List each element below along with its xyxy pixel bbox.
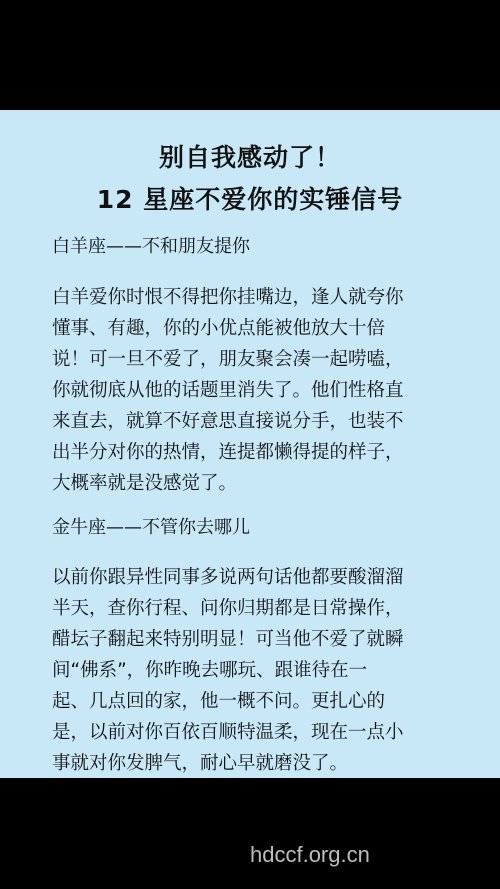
section-body-taurus: 以前你跟异性同事多说两句话他都要酸溜溜 半天，查你行程、问你归期都是日常操作， …	[52, 562, 452, 779]
section-body-aries: 白羊爱你时恨不得把你挂嘴边，逢人就夸你 懂事、有趣，你的小优点能被他放大十倍 说…	[52, 282, 452, 499]
body-line: 大概率就是没感觉了。	[52, 468, 452, 499]
body-line: 以前你跟异性同事多说两句话他都要酸溜溜	[52, 562, 452, 593]
body-line: 懂事、有趣，你的小优点能被他放大十倍	[52, 313, 452, 344]
watermark: hdccf.org.cn	[250, 842, 370, 868]
body-line: 醋坛子翻起来特别明显！可当他不爱了就瞬	[52, 624, 452, 655]
body-line: 你就彻底从他的话题里消失了。他们性格直	[52, 375, 452, 406]
body-line: 来直去，就算不好意思直接说分手，也装不	[52, 406, 452, 437]
body-line: 起、几点回的家，他一概不问。更扎心的	[52, 686, 452, 717]
body-line: 是，以前对你百依百顺特温柔，现在一点小	[52, 717, 452, 748]
body-line: 事就对你发脾气，耐心早就磨没了。	[52, 748, 452, 779]
section-heading-aries: 白羊座——不和朋友提你	[52, 232, 250, 258]
body-line: 半天，查你行程、问你归期都是日常操作，	[52, 593, 452, 624]
top-black-bar	[0, 0, 500, 110]
page-title-line-1: 别自我感动了！	[0, 138, 500, 174]
page-title-line-2: 12 星座不爱你的实锤信号	[0, 180, 500, 216]
body-line: 说！可一旦不爱了，朋友聚会凑一起唠嗑，	[52, 344, 452, 375]
body-line: 白羊爱你时恨不得把你挂嘴边，逢人就夸你	[52, 282, 452, 313]
section-heading-taurus: 金牛座——不管你去哪儿	[52, 513, 250, 539]
body-line: 间“佛系”，你昨晚去哪玩、跟谁待在一	[52, 655, 452, 686]
body-line: 出半分对你的热情，连提都懒得提的样子，	[52, 437, 452, 468]
